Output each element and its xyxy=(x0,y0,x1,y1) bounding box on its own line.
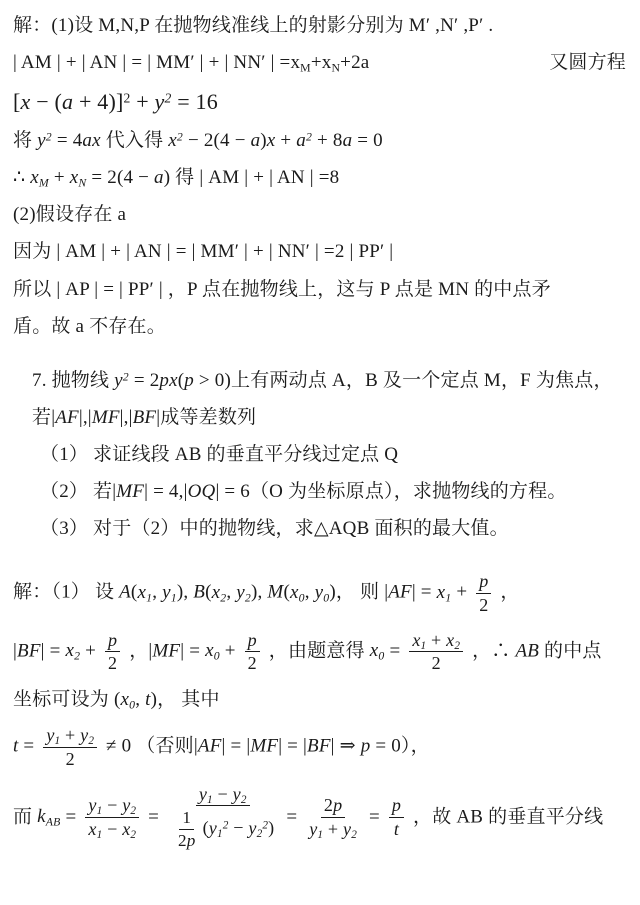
text-run: MF xyxy=(250,736,278,757)
text-run: 将 xyxy=(13,130,37,151)
text-run: | AM | + | AN | = | MM′ | + | NN′ | = xyxy=(13,52,290,73)
text-run: y1 xyxy=(46,725,60,745)
text-run: 又圆方程 xyxy=(549,50,626,75)
fraction: y1 + y22 xyxy=(43,725,97,770)
text-run: − xyxy=(213,784,233,804)
text-run: = 4 xyxy=(52,130,83,151)
sol6-part2-because: 因为 | AM | + | AN | = | MM′ | + | NN′ | =… xyxy=(13,239,628,264)
text-run: BF xyxy=(17,640,41,661)
fraction-denominator: 2 xyxy=(245,652,260,674)
text-run: A xyxy=(119,582,131,603)
text-run: 若| xyxy=(32,407,55,428)
text-run: AF xyxy=(55,407,79,428)
text-run: 上有两动点 A，B 及一个定点 M，F 为焦点， xyxy=(231,370,613,391)
text-run: = 2(4 − xyxy=(86,167,154,188)
sol6-sum-roots: ∴ xM + xN = 2(4 − a) 得 | AM | + | AN | =… xyxy=(13,165,628,190)
fraction: pt xyxy=(389,795,404,840)
text-run: ( xyxy=(203,818,209,838)
text-run: x2 xyxy=(65,640,80,661)
text-run: x0 xyxy=(290,582,305,603)
text-run: + 8 xyxy=(312,130,343,151)
text-run: | = xyxy=(180,640,205,661)
text-run: 2 xyxy=(432,653,441,673)
text-run: y2 xyxy=(80,725,94,745)
text-run: M xyxy=(267,582,283,603)
fraction-denominator: 2 xyxy=(105,652,120,674)
text-run: )， 其中 xyxy=(151,689,220,710)
text-run: px xyxy=(159,370,177,391)
text-run: ，由题意得 xyxy=(264,640,370,661)
text-run: a xyxy=(154,167,164,188)
fraction-denominator: 12p(y12 − y22) xyxy=(168,806,277,851)
text-run: 1 xyxy=(182,808,191,827)
text-run: 2 xyxy=(178,831,187,850)
text-run: 2 xyxy=(248,653,257,673)
text-run: p xyxy=(392,795,401,815)
text-run: (2)假设存在 a xyxy=(13,204,126,225)
sol7-midpoint: 坐标可设为 (x0, t)， 其中 xyxy=(13,687,628,712)
fraction-numerator: 2p xyxy=(321,795,345,818)
text-run: t xyxy=(394,819,399,839)
text-run: x1 xyxy=(137,582,152,603)
text-run: y2 xyxy=(155,89,172,114)
text-run: p xyxy=(333,795,342,815)
text-run: ， 则 | xyxy=(336,582,388,603)
text-run: ) 得 | AM | + | AN | =8 xyxy=(164,167,340,188)
text-run: a2 xyxy=(296,130,312,151)
fraction-denominator: 2 xyxy=(63,748,78,770)
text-run: 2 xyxy=(479,595,488,615)
text-run: 代入得 xyxy=(101,130,169,151)
sol7-setup: 解：（1） 设 A(x1, y1), B(x2, y2), M(x0, y0)，… xyxy=(13,570,628,617)
text-run: − ( xyxy=(31,89,63,114)
sol7-t-nonzero: t = y1 + y22 ≠ 0 （否则|AF| = |MF| = |BF| ⇒… xyxy=(13,724,628,771)
text-run: − xyxy=(229,818,249,838)
text-run: x xyxy=(21,89,31,114)
fraction-denominator: x1 − x2 xyxy=(85,818,139,840)
text-run: = xyxy=(364,806,385,827)
sol6-part2-assume: (2)假设存在 a xyxy=(13,202,628,227)
math-solution-document: 解：(1)设 M,N,P 在抛物线准线上的射影分别为 M′ ,N′ ,P′ .|… xyxy=(0,0,640,875)
text-run: ，故 AB 的垂直平分线 xyxy=(408,806,603,827)
text-run: + xyxy=(80,640,101,661)
text-run: p xyxy=(479,571,488,591)
text-run: （1） 求证线段 AB 的垂直平分线过定点 Q xyxy=(40,444,398,465)
text-run: ≠ 0 （否则| xyxy=(101,736,198,757)
fraction-numerator: 1 xyxy=(179,808,194,830)
text-run: a xyxy=(251,130,261,151)
text-run: MF xyxy=(152,640,180,661)
sol6-circle-equation: [x − (a + 4)]2 + y2 = 16 xyxy=(13,87,628,116)
fraction-denominator: t xyxy=(391,818,402,840)
sol6-part2-conclusion: 盾。故 a 不存在。 xyxy=(13,314,628,339)
text-run: y2 xyxy=(122,795,136,815)
text-run: x1 xyxy=(88,819,102,839)
text-run: y22 xyxy=(248,818,268,838)
text-run: = xyxy=(143,806,164,827)
text-run: | = xyxy=(412,582,437,603)
prob7-q2: （2） 若|MF| = 4,|OQ| = 6（O 为坐标原点），求抛物线的方程。 xyxy=(13,479,628,504)
text-run: BF xyxy=(133,407,157,428)
text-run: | = 6（O 为坐标原点），求抛物线的方程。 xyxy=(215,481,566,502)
text-run: ( xyxy=(205,582,212,603)
text-run: ( xyxy=(283,582,290,603)
text-run: xM xyxy=(30,167,49,188)
text-run: OQ xyxy=(188,481,216,502)
text-run: > 0) xyxy=(194,370,231,391)
text-run: （3） 对于（2）中的抛物线，求△AQB 面积的最大值。 xyxy=(40,518,509,539)
fraction: p2 xyxy=(476,571,491,616)
prob7-condition: 若|AF|,|MF|,|BF|成等差数列 xyxy=(13,405,628,430)
text-run: 2 xyxy=(66,749,75,769)
text-run: AF xyxy=(198,736,222,757)
text-run: AB xyxy=(515,640,539,661)
text-run: 坐标可设为 ( xyxy=(13,689,120,710)
text-run: +2a xyxy=(340,52,369,73)
text-run: xN xyxy=(70,167,87,188)
text-run: = 2 xyxy=(129,370,160,391)
text-run: x2 xyxy=(446,630,460,650)
text-run: y2 xyxy=(236,582,251,603)
text-run: xN xyxy=(322,52,340,73)
text-run: x0 xyxy=(205,640,220,661)
fraction-numerator: p xyxy=(245,630,260,653)
text-run: y12 xyxy=(209,818,229,838)
text-run: p xyxy=(187,831,196,850)
sol6-step1-sum-distances: | AM | + | AN | = | MM′ | + | NN′ | =xM+… xyxy=(13,50,628,75)
text-run: y1 xyxy=(199,784,213,804)
text-run: = 0）， xyxy=(370,736,429,757)
sol7-focal-distances: |BF| = x2 + p2 ，|MF| = x0 + p2 ，由题意得 x0 … xyxy=(13,629,628,676)
text-run: = xyxy=(281,806,302,827)
prob7-statement: 7. 抛物线 y2 = 2px(p > 0)上有两动点 A，B 及一个定点 M，… xyxy=(13,368,628,393)
prob7-q1: （1） 求证线段 AB 的垂直平分线过定点 Q xyxy=(13,442,628,467)
text-run: x2 xyxy=(212,582,227,603)
text-run: y2 xyxy=(233,784,247,804)
text-run: y0 xyxy=(315,582,330,603)
text-run: + 4)]2 xyxy=(73,89,130,114)
text-run: ， xyxy=(495,582,519,603)
text-run: BF xyxy=(307,736,331,757)
sol6-part2-therefore: 所以 | AP | = | PP′ | ，P 点在抛物线上，这与 P 点是 MN… xyxy=(13,277,628,302)
text-run: x2 xyxy=(122,819,136,839)
text-run: = 0 xyxy=(352,130,383,151)
text-run: + xyxy=(451,582,472,603)
text-run: , xyxy=(305,582,315,603)
fraction-numerator: y1 − y2 xyxy=(85,795,139,818)
fraction-numerator: y1 + y2 xyxy=(43,725,97,748)
text-run: − 2(4 − xyxy=(183,130,251,151)
text-run: kAB xyxy=(37,806,60,827)
fraction: 2py1 + y2 xyxy=(306,795,360,840)
fraction: p2 xyxy=(245,630,260,675)
text-run: = xyxy=(61,806,82,827)
text-run: a xyxy=(62,89,73,114)
text-run: MF xyxy=(116,481,144,502)
sol6-step1-projections: 解：(1)设 M,N,P 在抛物线准线上的射影分别为 M′ ,N′ ,P′ . xyxy=(13,13,628,38)
text-run: | = | xyxy=(278,736,307,757)
text-run: + xyxy=(49,167,70,188)
text-run: 2 xyxy=(108,653,117,673)
text-run: （2） 若| xyxy=(40,481,116,502)
text-run: = xyxy=(18,736,39,757)
text-run: 7. 抛物线 xyxy=(32,370,114,391)
text-run: p xyxy=(248,630,257,650)
text-run: + xyxy=(220,640,241,661)
fraction-numerator: x1 + x2 xyxy=(409,630,463,653)
text-run: − xyxy=(102,795,122,815)
text-run: ∴ xyxy=(13,167,30,188)
fraction-denominator: y1 + y2 xyxy=(306,818,360,840)
sol6-substitution: 将 y2 = 4ax 代入得 x2 − 2(4 − a)x + a2 + 8a … xyxy=(13,128,628,153)
text-run: x2 xyxy=(168,130,183,151)
text-run: | = 4,| xyxy=(144,481,187,502)
text-run: − xyxy=(102,819,122,839)
text-run: x1 xyxy=(437,582,452,603)
text-run: ，| xyxy=(124,640,152,661)
text-run: y2 xyxy=(37,130,52,151)
text-run: y1 xyxy=(309,819,323,839)
text-run: 盾。故 a 不存在。 xyxy=(13,316,166,337)
fraction: p2 xyxy=(105,630,120,675)
fraction-numerator: p xyxy=(476,571,491,594)
text-run: | ⇒ xyxy=(331,736,361,757)
text-run: 而 xyxy=(13,806,37,827)
fraction-denominator: 2p xyxy=(175,830,199,851)
text-run: , xyxy=(152,582,162,603)
fraction: y1 − y2x1 − x2 xyxy=(85,795,139,840)
text-run: |,| xyxy=(120,407,133,428)
fraction-denominator: 2 xyxy=(476,594,491,616)
text-run: , xyxy=(226,582,236,603)
text-run: ，∴ xyxy=(467,640,515,661)
text-run: |,| xyxy=(79,407,92,428)
text-run: x1 xyxy=(412,630,426,650)
fraction: y1 − y212p(y12 − y22) xyxy=(168,784,277,852)
text-run: x0 xyxy=(120,689,135,710)
text-run: ) xyxy=(268,818,274,838)
text-run: + xyxy=(275,130,296,151)
text-run: [ xyxy=(13,89,21,114)
text-run: 因为 | AM | + | AN | = | MM′ | + | NN′ | =… xyxy=(13,241,393,262)
text-run: MF xyxy=(92,407,120,428)
text-run: p xyxy=(184,370,194,391)
text-run: a xyxy=(343,130,353,151)
text-run: AF xyxy=(388,582,412,603)
text-run: x0 xyxy=(370,640,385,661)
text-run: , xyxy=(135,689,145,710)
fraction-numerator: p xyxy=(389,795,404,818)
text-run: | = | xyxy=(222,736,251,757)
text-run: xM xyxy=(290,52,310,73)
text-run: 所以 | AP | = | PP′ | ，P 点在抛物线上，这与 P 点是 MN… xyxy=(13,279,551,300)
text-run: 的中点 xyxy=(539,640,602,661)
fraction-numerator: p xyxy=(105,630,120,653)
text-run: 解：（1） 设 xyxy=(13,582,119,603)
prob7-q3: （3） 对于（2）中的抛物线，求△AQB 面积的最大值。 xyxy=(13,516,628,541)
text-run: y1 xyxy=(162,582,177,603)
fraction: 12p xyxy=(175,808,199,850)
text-run: + xyxy=(60,725,80,745)
text-run: 2 xyxy=(324,795,333,815)
text-run: y2 xyxy=(114,370,129,391)
fraction-numerator: y1 − y2 xyxy=(196,784,250,807)
text-run: y2 xyxy=(343,819,357,839)
text-run: |成等差数列 xyxy=(156,407,256,428)
text-run: = xyxy=(385,640,406,661)
text-run: y1 xyxy=(88,795,102,815)
fraction-denominator: 2 xyxy=(429,652,444,674)
text-run: 解：(1)设 M,N,P 在抛物线准线上的射影分别为 M′ ,N′ ,P′ . xyxy=(13,15,493,36)
text-run: p xyxy=(108,630,117,650)
text-run: = 16 xyxy=(172,89,218,114)
text-run: ), xyxy=(177,582,193,603)
text-run: + xyxy=(131,89,155,114)
text-run: ax xyxy=(82,130,100,151)
text-run: p xyxy=(361,736,371,757)
text-run: + xyxy=(311,52,322,73)
text-run: ), xyxy=(251,582,267,603)
text-run: + xyxy=(426,630,446,650)
fraction: x1 + x22 xyxy=(409,630,463,675)
text-run: + xyxy=(323,819,343,839)
text-run: | = xyxy=(41,640,66,661)
sol7-slope: 而 kAB = y1 − y2x1 − x2 = y1 − y212p(y12 … xyxy=(13,783,628,853)
text-run: B xyxy=(193,582,205,603)
